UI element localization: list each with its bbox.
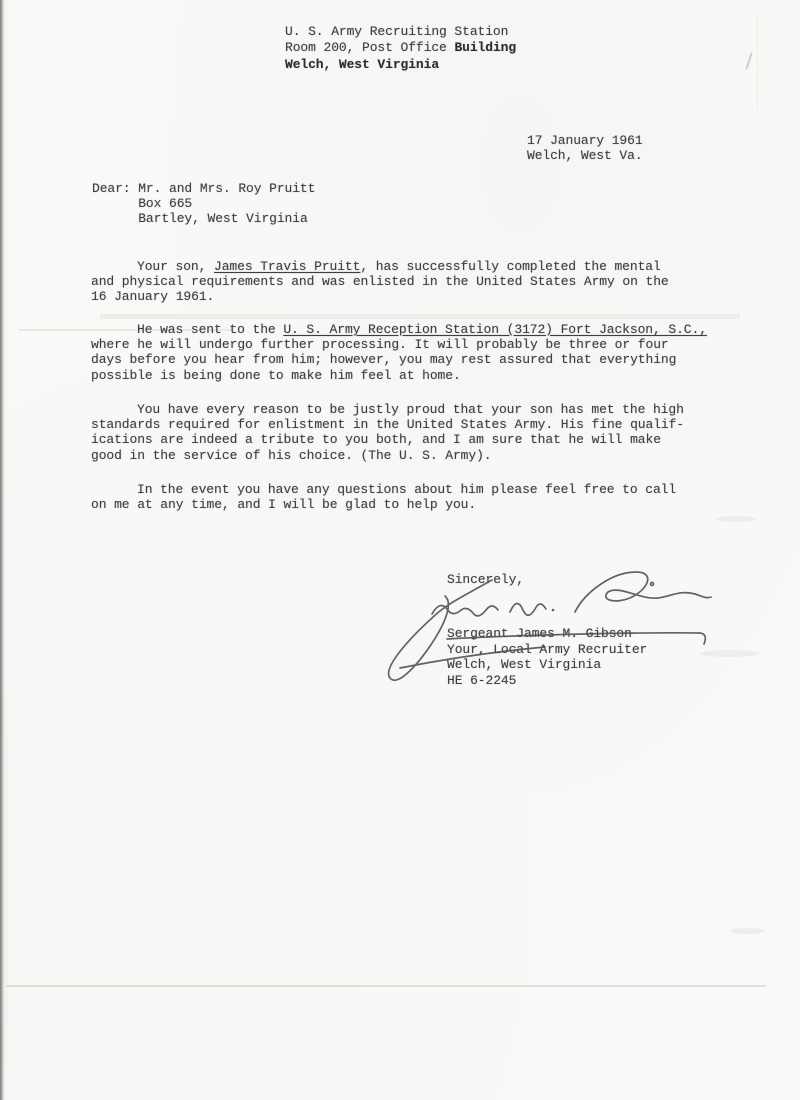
recipient-address1: Box 665: [138, 196, 192, 211]
letterhead: U. S. Army Recruiting Station Room 200, …: [285, 24, 516, 73]
scan-smudge: [716, 516, 756, 522]
paragraph-4: In the event you have any questions abou…: [91, 482, 676, 512]
recipient-block: Dear: Mr. and Mrs. Roy Pruitt Box 665 Ba…: [92, 181, 315, 227]
letter-place: Welch, West Va.: [527, 148, 643, 163]
underlined-station: U. S. Army Reception Station (3172) Fort…: [283, 322, 707, 337]
scan-left-edge-shadow: [0, 0, 4, 1100]
recipient-address2: Bartley, West Virginia: [138, 211, 307, 226]
paper-fold-line-bottom: [6, 985, 766, 987]
paper-fold-line-top-right: [757, 14, 758, 110]
handwritten-signature: [370, 565, 720, 695]
scan-smudge: [730, 928, 764, 934]
pen-tick-mark: [745, 52, 752, 70]
letterhead-line3: Welch, West Virginia: [285, 57, 439, 72]
paragraph-1: Your son, James Travis Pruitt, has succe…: [91, 259, 669, 305]
letterhead-line2: Room 200, Post Office Building: [285, 40, 516, 55]
paper-crease-middle: [100, 314, 740, 319]
salutation: Dear: Mr. and Mrs. Roy Pruitt: [92, 181, 315, 196]
letter-date: 17 January 1961: [527, 133, 643, 148]
dateline: 17 January 1961 Welch, West Va.: [527, 133, 643, 163]
paragraph-2: He was sent to the U. S. Army Reception …: [91, 322, 707, 383]
scanned-letter-page: U. S. Army Recruiting Station Room 200, …: [0, 0, 800, 1100]
underlined-name: James Travis Pruitt: [214, 259, 360, 274]
letterhead-line1: U. S. Army Recruiting Station: [285, 24, 508, 39]
paragraph-3: You have every reason to be justly proud…: [91, 402, 684, 463]
